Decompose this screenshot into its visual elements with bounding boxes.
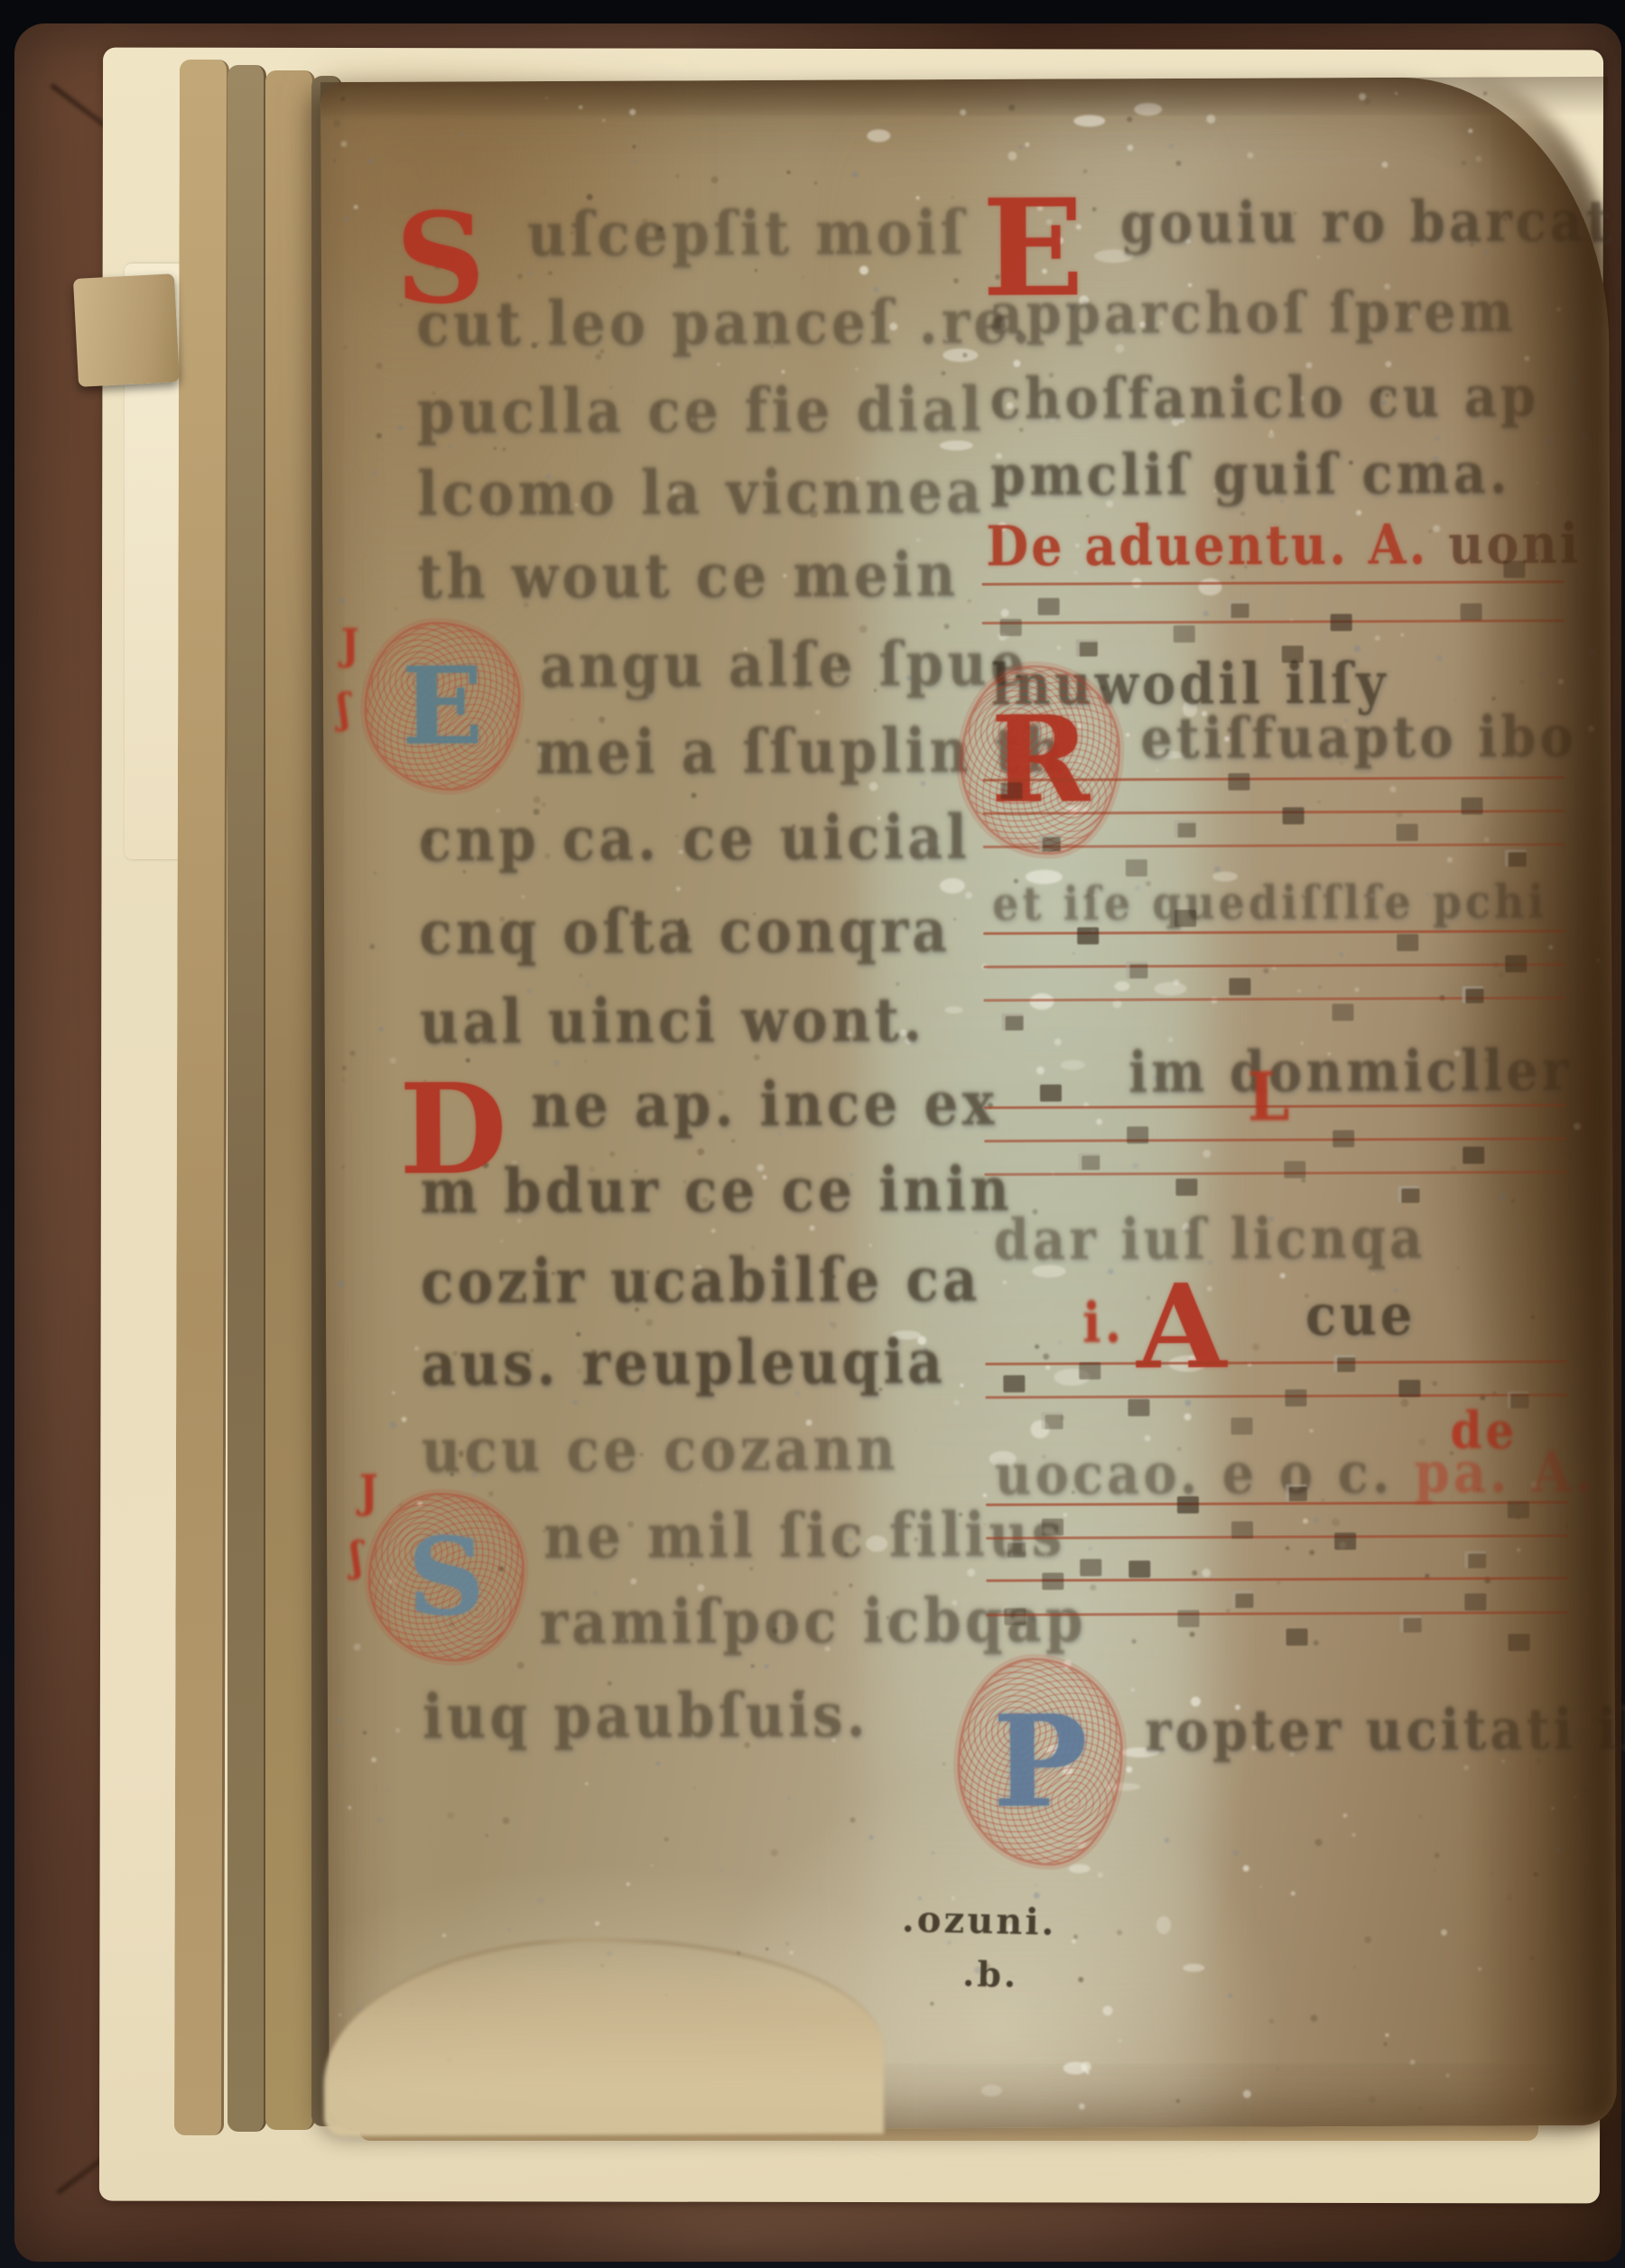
parchment-leaf-edge-1 bbox=[174, 60, 229, 2135]
margin-mark: ʃ bbox=[338, 689, 353, 729]
catchword-line-2: .b. bbox=[962, 1953, 1019, 1995]
margin-marks: JʃJʃL bbox=[320, 77, 1617, 2131]
parchment-tab bbox=[73, 273, 180, 387]
margin-mark: J bbox=[341, 624, 363, 666]
margin-mark: J bbox=[359, 1470, 382, 1514]
parchment-leaf-edge-2 bbox=[227, 65, 266, 2132]
margin-mark: ʃ bbox=[350, 1537, 366, 1578]
manuscript-photograph: uſcepſit moiſScut leo panceſ .re.puclla … bbox=[0, 0, 1625, 2268]
manuscript-page: uſcepſit moiſScut leo panceſ .re.puclla … bbox=[320, 77, 1617, 2131]
catchword-line-1: .ozuni. bbox=[901, 1898, 1057, 1944]
margin-mark: L bbox=[1248, 1063, 1294, 1130]
parchment-leaf-edge-3 bbox=[265, 70, 315, 2130]
